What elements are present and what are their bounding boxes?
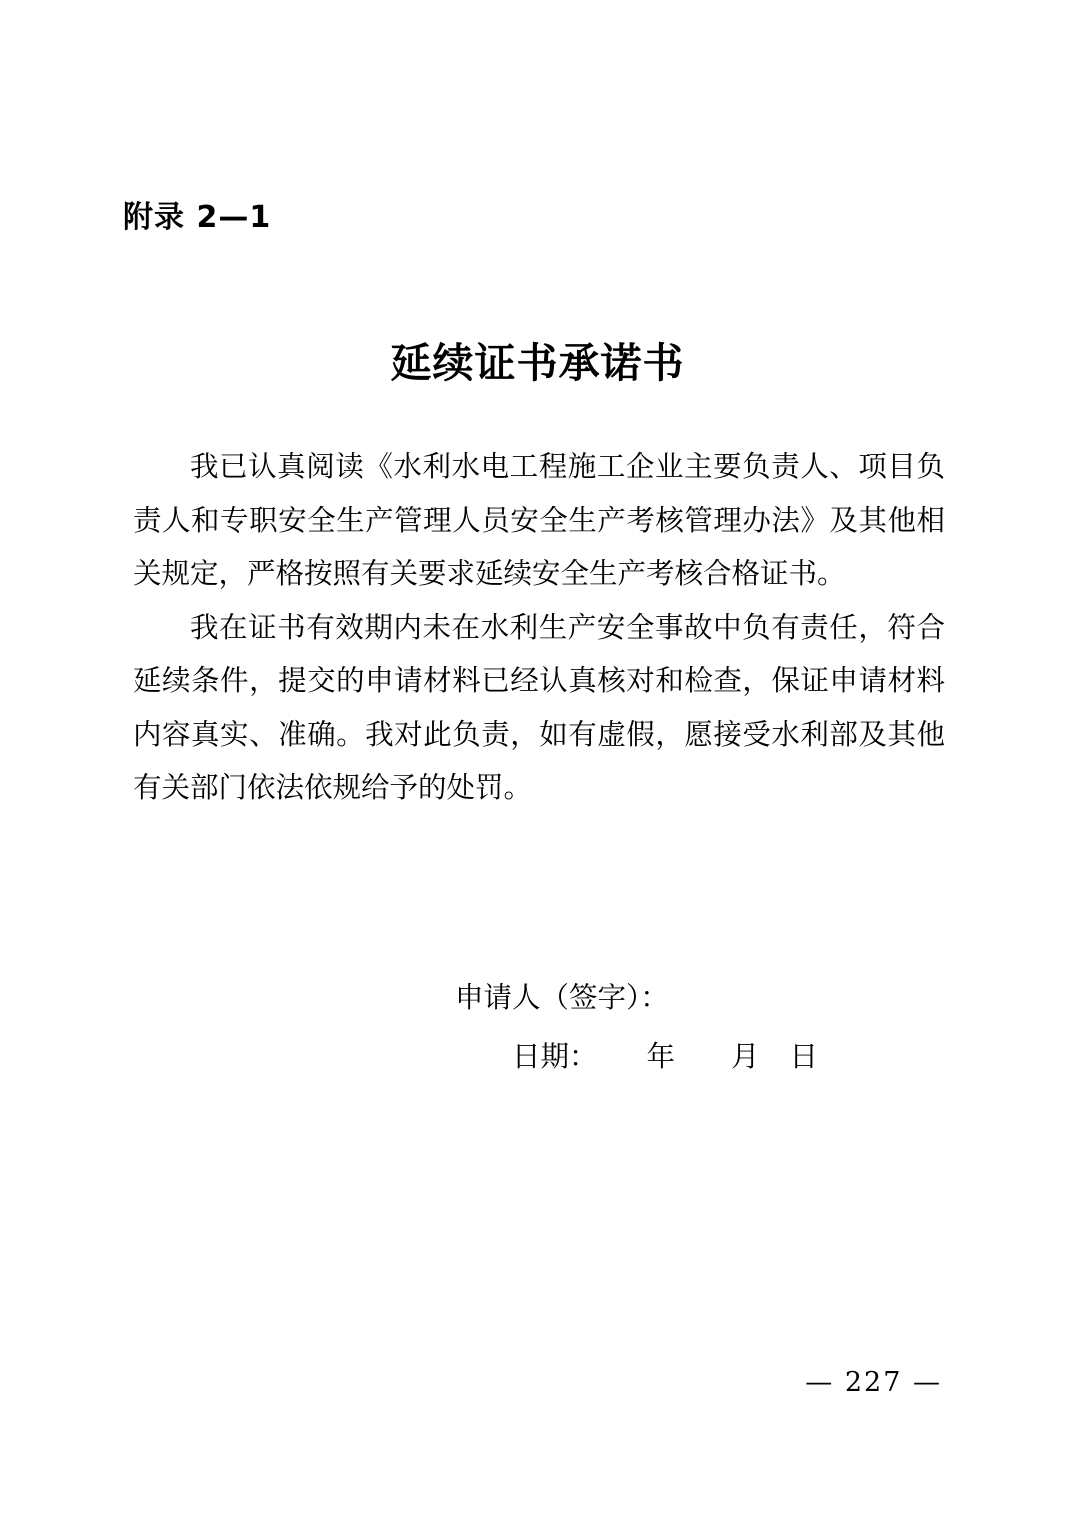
body-line: 责人和专职安全生产管理人员安全生产考核管理办法》及其他相: [133, 495, 945, 549]
day-label: 日: [790, 1041, 819, 1075]
date-line: 日期：年月日: [512, 1041, 818, 1075]
applicant-signature-label: 申请人（签字）：: [455, 982, 669, 1016]
document-body: 我已认真阅读《水利水电工程施工企业主要负责人、项目负 责人和专职安全生产管理人员…: [133, 441, 945, 816]
body-line: 我在证书有效期内未在水利生产安全事故中负有责任，符合: [133, 602, 945, 656]
body-line: 有关部门依法依规给予的处罚。: [133, 762, 945, 816]
body-line: 我已认真阅读《水利水电工程施工企业主要负责人、项目负: [133, 441, 945, 495]
document-page: 附录 2—1 延续证书承诺书 我已认真阅读《水利水电工程施工企业主要负责人、项目…: [0, 0, 1075, 1519]
document-title: 延续证书承诺书: [0, 330, 1075, 389]
page-number: — 227 —: [805, 1366, 942, 1400]
body-line: 延续条件，提交的申请材料已经认真核对和检查，保证申请材料: [133, 655, 945, 709]
body-line: 关规定，严格按照有关要求延续安全生产考核合格证书。: [133, 548, 945, 602]
body-line: 内容真实、准确。我对此负责，如有虚假，愿接受水利部及其他: [133, 709, 945, 763]
year-label: 年: [647, 1041, 676, 1075]
appendix-label: 附录 2—1: [123, 192, 271, 236]
date-label: 日期：: [512, 1042, 598, 1073]
month-label: 月: [731, 1041, 760, 1075]
